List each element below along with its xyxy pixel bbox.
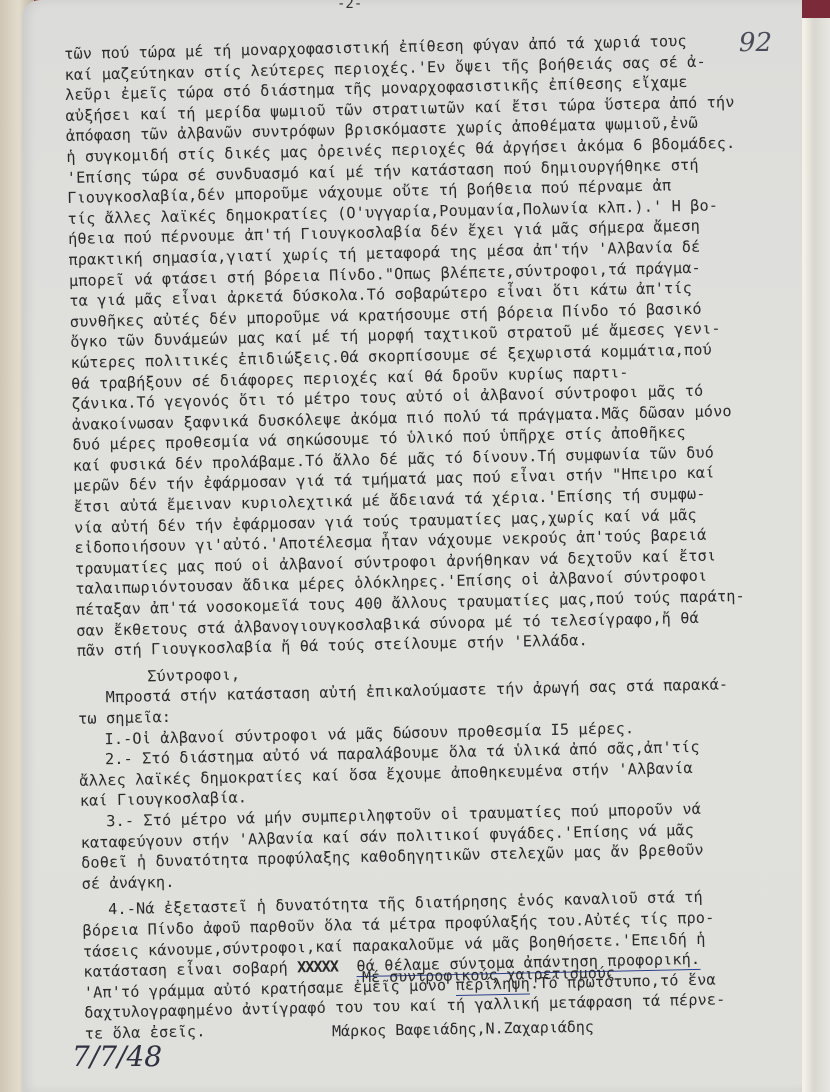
signatories: Μάρκος Βαφειάδης,Ν.Ζαχαριάδης	[332, 1018, 594, 1041]
handwritten-date: 7/7/48	[72, 1040, 162, 1073]
text-fragment: κατάσταση εἶναι σοβαρή	[83, 958, 297, 980]
page-marker: -2-	[337, 0, 362, 12]
struck-out-text: ΧΧΧΧΧ	[297, 958, 338, 977]
spacer	[338, 957, 357, 975]
typewritten-letter-page: -2- 92 τῶν πού τώρα μέ τή μοναρχοφασιστι…	[22, 0, 802, 1092]
paragraph-main: τῶν πού τώρα μέ τή μοναρχοφασιστική ἐπίθ…	[64, 29, 817, 662]
point-3: 3.- Στό μέτρο νά μήν συμπεριληφτοῦν οἱ τ…	[80, 796, 822, 894]
letter-body: τῶν πού τώρα μέ τή μοναρχοφασιστική ἐπίθ…	[64, 29, 825, 1045]
